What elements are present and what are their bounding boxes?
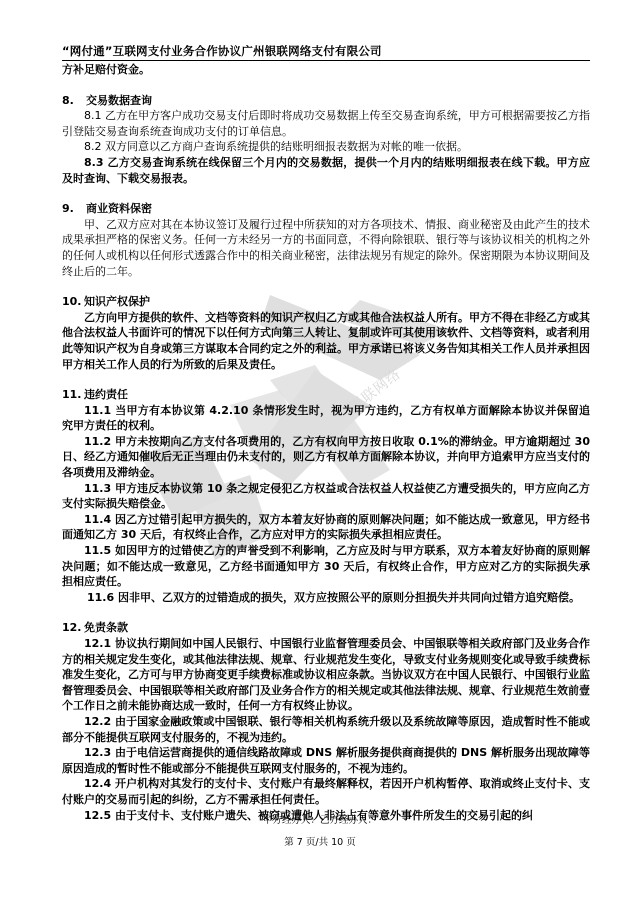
carryover-text: 方补足赔付资金。 (62, 62, 590, 78)
section-12: 12.免责条款 12.1 协议执行期间如中国人民银行、中国银行业监督管理委员会、… (62, 620, 590, 823)
section-title: 违约责任 (84, 388, 128, 401)
section-number: 12. (62, 620, 84, 636)
clause-11-1: 11.1 当甲方有本协议第 4.2.10 条情形发生时，视为甲方违约，乙方有权单… (62, 403, 590, 434)
footer-signatures: 甲方经办人：乙方经办人： (0, 812, 640, 826)
document-header: “网付通”互联网支付业务合作协议广州银联网络支付有限公司 (62, 44, 590, 61)
document-body: 方补足赔付资金。 8.交易数据查询 8.1 乙方在甲方客户成功交易支付后即时将成… (62, 62, 590, 823)
clause-12-3: 12.3 由于电信运营商提供的通信线路故障或 DNS 解析服务提供商商提供的 D… (62, 745, 590, 776)
section-title: 商业资料保密 (86, 202, 152, 215)
section-9: 9.商业资料保密 甲、乙双方应对其在本协议签订及履行过程中所获知的对方各项技术、… (62, 201, 590, 279)
clause-9: 甲、乙双方应对其在本协议签订及履行过程中所获知的对方各项技术、情报、商业秘密及由… (62, 217, 590, 279)
section-heading: 9.商业资料保密 (62, 201, 590, 217)
clause-12-2: 12.2 由于国家金融政策或中国银联、银行等相关机构系统升级以及系统故障等原因，… (62, 714, 590, 745)
page-number: 第 7 页/共 10 页 (0, 834, 640, 848)
section-heading: 8.交易数据查询 (62, 93, 590, 109)
section-heading: 12.免责条款 (62, 620, 590, 636)
clause-12-4: 12.4 开户机构对其发行的支付卡、支付账户有最终解释权，若因开户机构暂停、取消… (62, 776, 590, 807)
section-title: 免责条款 (84, 621, 128, 634)
clause-11-4: 11.4 因乙方过错引起甲方损失的，双方本着友好协商的原则解决问题；如不能达成一… (62, 512, 590, 543)
clause-11-2: 11.2 甲方未按期向乙方支付各项费用的，乙方有权向甲方按日收取 0.1%的滞纳… (62, 434, 590, 481)
clause-10: 乙方向甲方提供的软件、文档等资料的知识产权归乙方或其他合法权益人所有。甲方不得在… (62, 310, 590, 372)
clause-8-2: 8.2 双方同意以乙方商户查询系统提供的结账明细报表数据为对帐的唯一依据。 (62, 139, 590, 155)
clause-11-3: 11.3 甲方违反本协议第 10 条之规定侵犯乙方权益或合法权益人权益使乙方遭受… (62, 481, 590, 512)
section-8: 8.交易数据查询 8.1 乙方在甲方客户成功交易支付后即时将成功交易数据上传至交… (62, 93, 590, 187)
section-11: 11.违约责任 11.1 当甲方有本协议第 4.2.10 条情形发生时，视为甲方… (62, 387, 590, 605)
clause-8-1: 8.1 乙方在甲方客户成功交易支付后即时将成功交易数据上传至交易查询系统，甲方可… (62, 108, 590, 139)
section-number: 10. (62, 294, 84, 310)
document-page: 银联网络 “网付通”互联网支付业务合作协议广州银联网络支付有限公司 方补足赔付资… (0, 0, 640, 905)
clause-8-3: 8.3 乙方交易查询系统在线保留三个月内的交易数据，提供一个月内的结账明细报表在… (62, 155, 590, 186)
clause-12-1: 12.1 协议执行期间如中国人民银行、中国银行业监督管理委员会、中国银联等相关政… (62, 636, 590, 714)
section-heading: 10.知识产权保护 (62, 294, 590, 310)
section-number: 8. (62, 93, 86, 109)
section-number: 11. (62, 387, 84, 403)
clause-11-5: 11.5 如因甲方的过错使乙方的声誉受到不利影响，乙方应及时与甲方联系，双方本着… (62, 543, 590, 590)
section-10: 10.知识产权保护 乙方向甲方提供的软件、文档等资料的知识产权归乙方或其他合法权… (62, 294, 590, 372)
clause-11-6: 11.6 因非甲、乙双方的过错造成的损失，双方应按照公平的原则分担损失并共同向过… (62, 590, 590, 606)
section-heading: 11.违约责任 (62, 387, 590, 403)
section-title: 知识产权保护 (84, 295, 150, 308)
section-number: 9. (62, 201, 86, 217)
section-title: 交易数据查询 (86, 94, 152, 107)
